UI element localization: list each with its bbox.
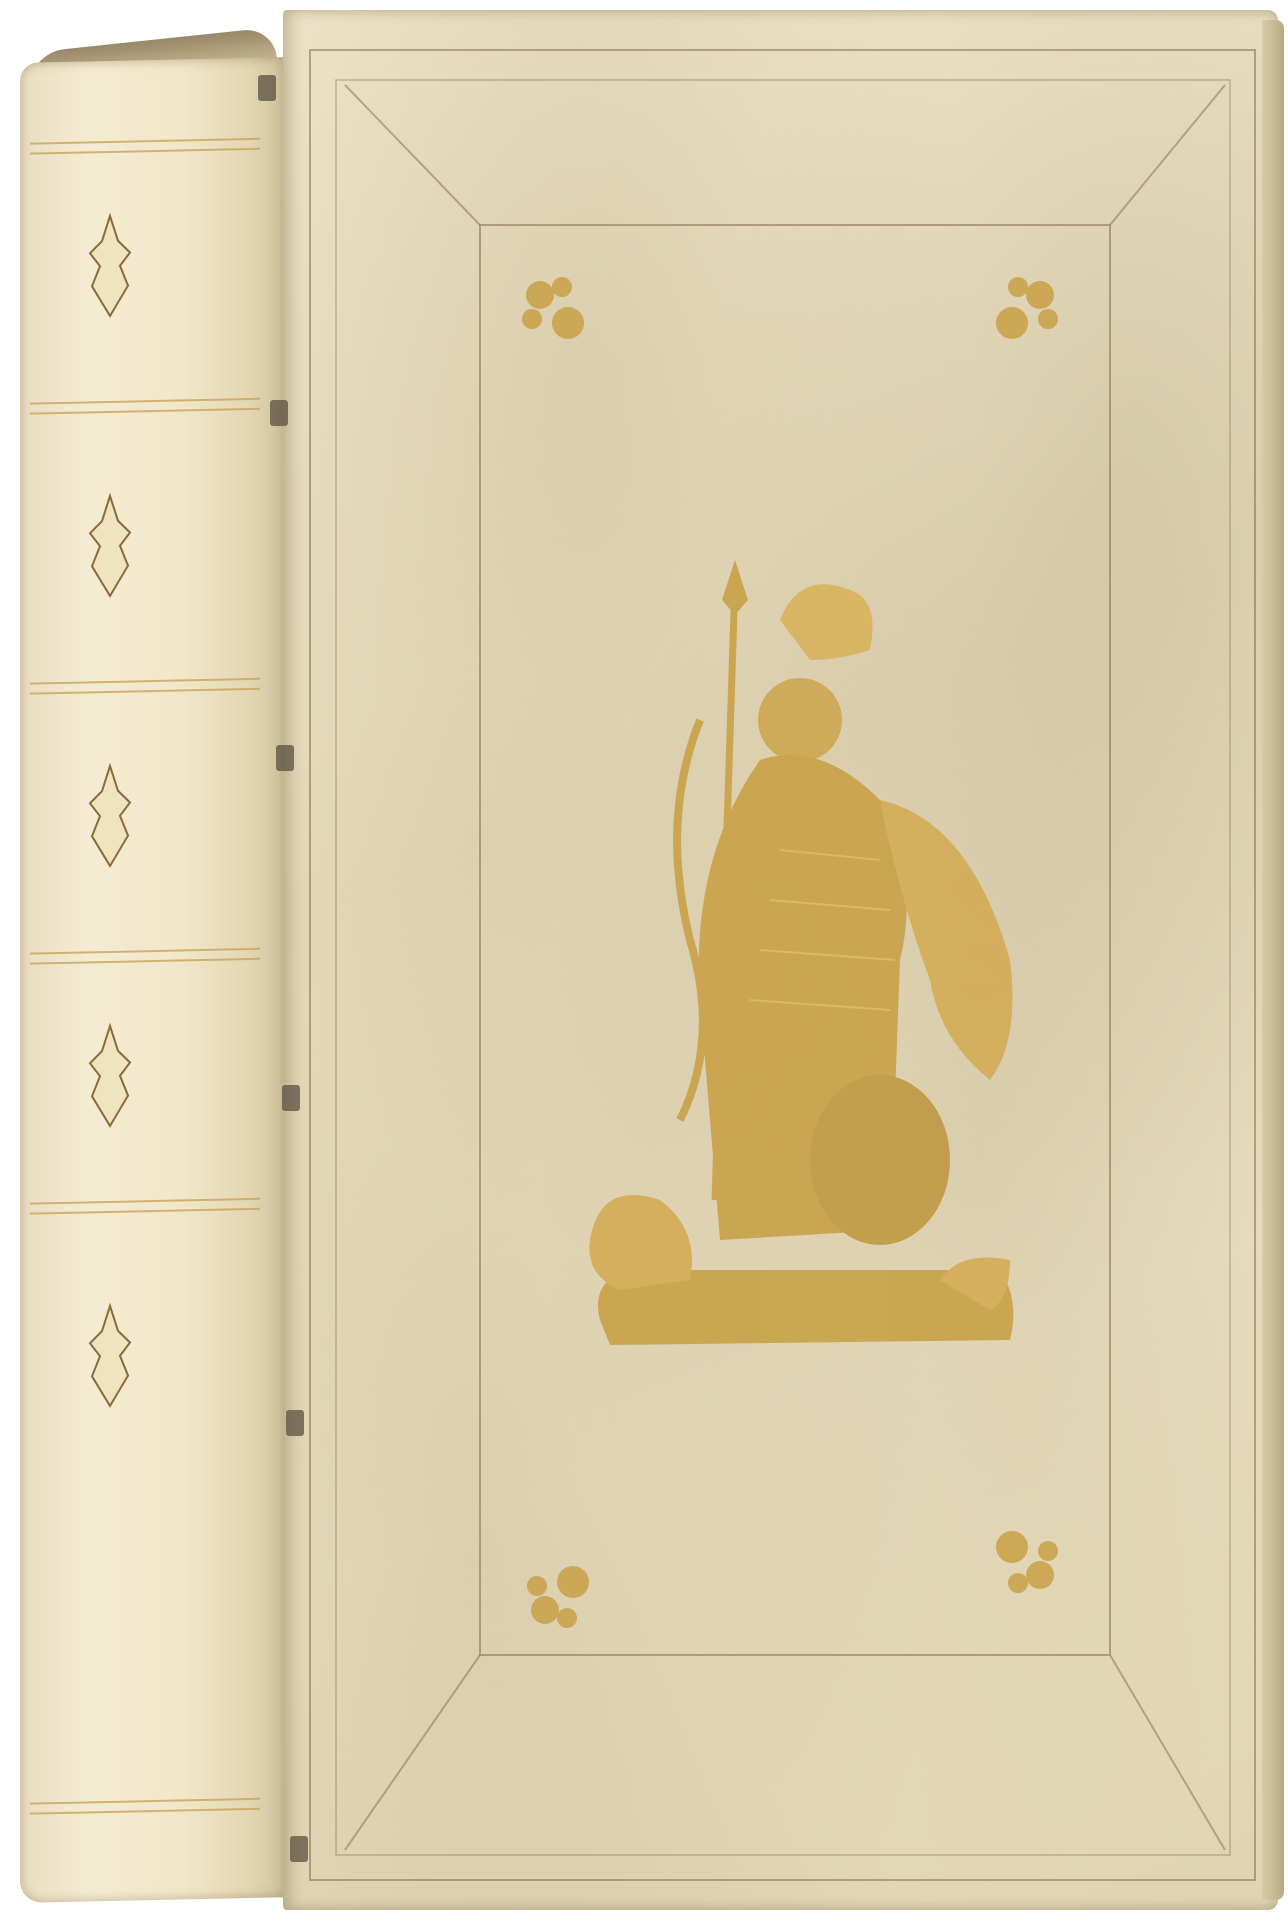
book-spine [20, 57, 290, 1903]
stitch-tab [286, 1410, 304, 1436]
stitch-tab [258, 75, 276, 101]
stitch-tab [290, 1836, 308, 1862]
front-board [283, 10, 1278, 1910]
stitch-tab [276, 745, 294, 771]
spine-fleuron-icon [80, 490, 140, 601]
spine-gilt-band [30, 138, 260, 155]
board-fore-edge [1262, 20, 1284, 1900]
spine-gilt-band [30, 948, 260, 965]
spine-fleuron-icon [80, 1020, 140, 1131]
stitch-tab [282, 1085, 300, 1111]
spine-gilt-band [30, 678, 260, 695]
spine-fleuron-icon [80, 210, 140, 321]
spine-gilt-band [30, 398, 260, 415]
spine-fleuron-icon [80, 760, 140, 871]
spine-gilt-band [30, 1198, 260, 1215]
spine-gilt-band [30, 1798, 260, 1815]
book-photo [0, 0, 1288, 1923]
stitch-tab [270, 400, 288, 426]
spine-fleuron-icon [80, 1300, 140, 1411]
